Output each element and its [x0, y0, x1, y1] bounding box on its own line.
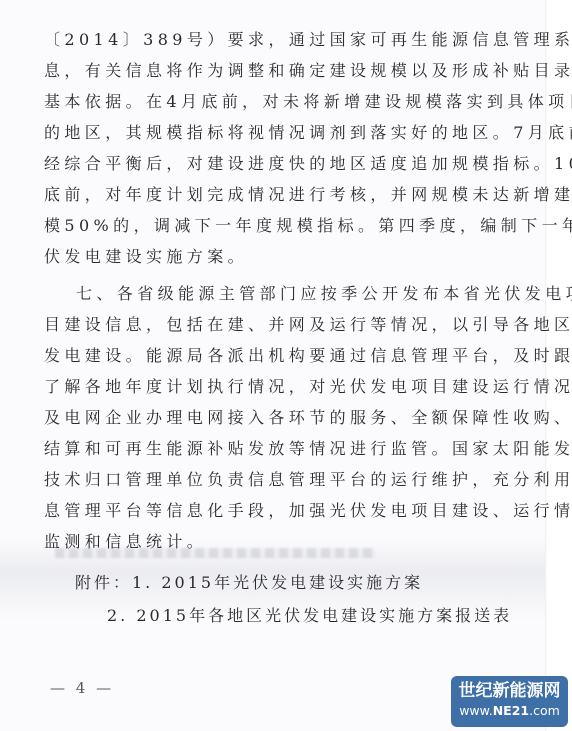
attachment-item-1: 附件：1. 2015年光伏发电建设实施方案	[75, 566, 512, 599]
body-line: 的地区，其规模指标将视情况调剂到落实好的地区。7月底前，	[44, 117, 444, 148]
body-line: 基本依据。在4月底前，对未将新增建设规模落实到具体项目	[44, 86, 444, 117]
section-seven-line: 及电网企业办理电网接入各环节的服务、全额保障性收购、电费	[44, 402, 444, 433]
section-seven-line: 七、各省级能源主管部门应按季公开发布本省光伏发电项	[44, 278, 444, 309]
body-line: 模50%的，调减下一年度规模指标。第四季度，编制下一年度光	[44, 210, 444, 241]
section-seven-line: 了解各地年度计划执行情况，对光伏发电项目建设运行情况以	[44, 371, 444, 402]
body-line: 经综合平衡后，对建设进度快的地区适度追加规模指标。10月	[44, 148, 444, 179]
section-seven-line: 技术归口管理单位负责信息管理平台的运行维护，充分利用信	[44, 464, 444, 495]
page-number: — 4 —	[50, 679, 114, 697]
watermark-url-suffix: .com	[529, 703, 560, 718]
watermark-url: www.NE21.com	[451, 702, 568, 720]
watermark-url-brand: NE21	[493, 703, 529, 718]
section-seven-line: 目建设信息，包括在建、并网及运行等情况，以引导各地区光伏	[44, 309, 444, 340]
watermark-title: 世纪新能源网	[451, 680, 568, 702]
attachment-item-2: 2. 2015年各地区光伏发电建设实施方案报送表	[75, 599, 512, 632]
body-line: 底前，对年度计划完成情况进行考核，并网规模未达新增建设规	[44, 179, 444, 210]
section-seven-line: 监测和信息统计。	[44, 526, 444, 557]
body-line: 伏发电建设实施方案。	[44, 241, 444, 272]
site-watermark: 世纪新能源网 www.NE21.com	[451, 676, 568, 727]
attachments-list: 附件：1. 2015年光伏发电建设实施方案 2. 2015年各地区光伏发电建设实…	[75, 566, 512, 632]
body-line: 〔2014〕389号）要求，通过国家可再生能源信息管理系统填报信	[44, 24, 444, 55]
section-seven-line: 息管理平台等信息化手段，加强光伏发电项目建设、运行情况的	[44, 495, 444, 526]
section-seven-line: 结算和可再生能源补贴发放等情况进行监管。国家太阳能发电	[44, 433, 444, 464]
body-line: 息，有关信息将作为调整和确定建设规模以及形成补贴目录的	[44, 55, 444, 86]
section-seven-line: 发电建设。能源局各派出机构要通过信息管理平台，及时跟踪	[44, 340, 444, 371]
watermark-url-prefix: www.	[459, 703, 493, 718]
document-body: 〔2014〕389号）要求，通过国家可再生能源信息管理系统填报信 息，有关信息将…	[44, 24, 444, 557]
